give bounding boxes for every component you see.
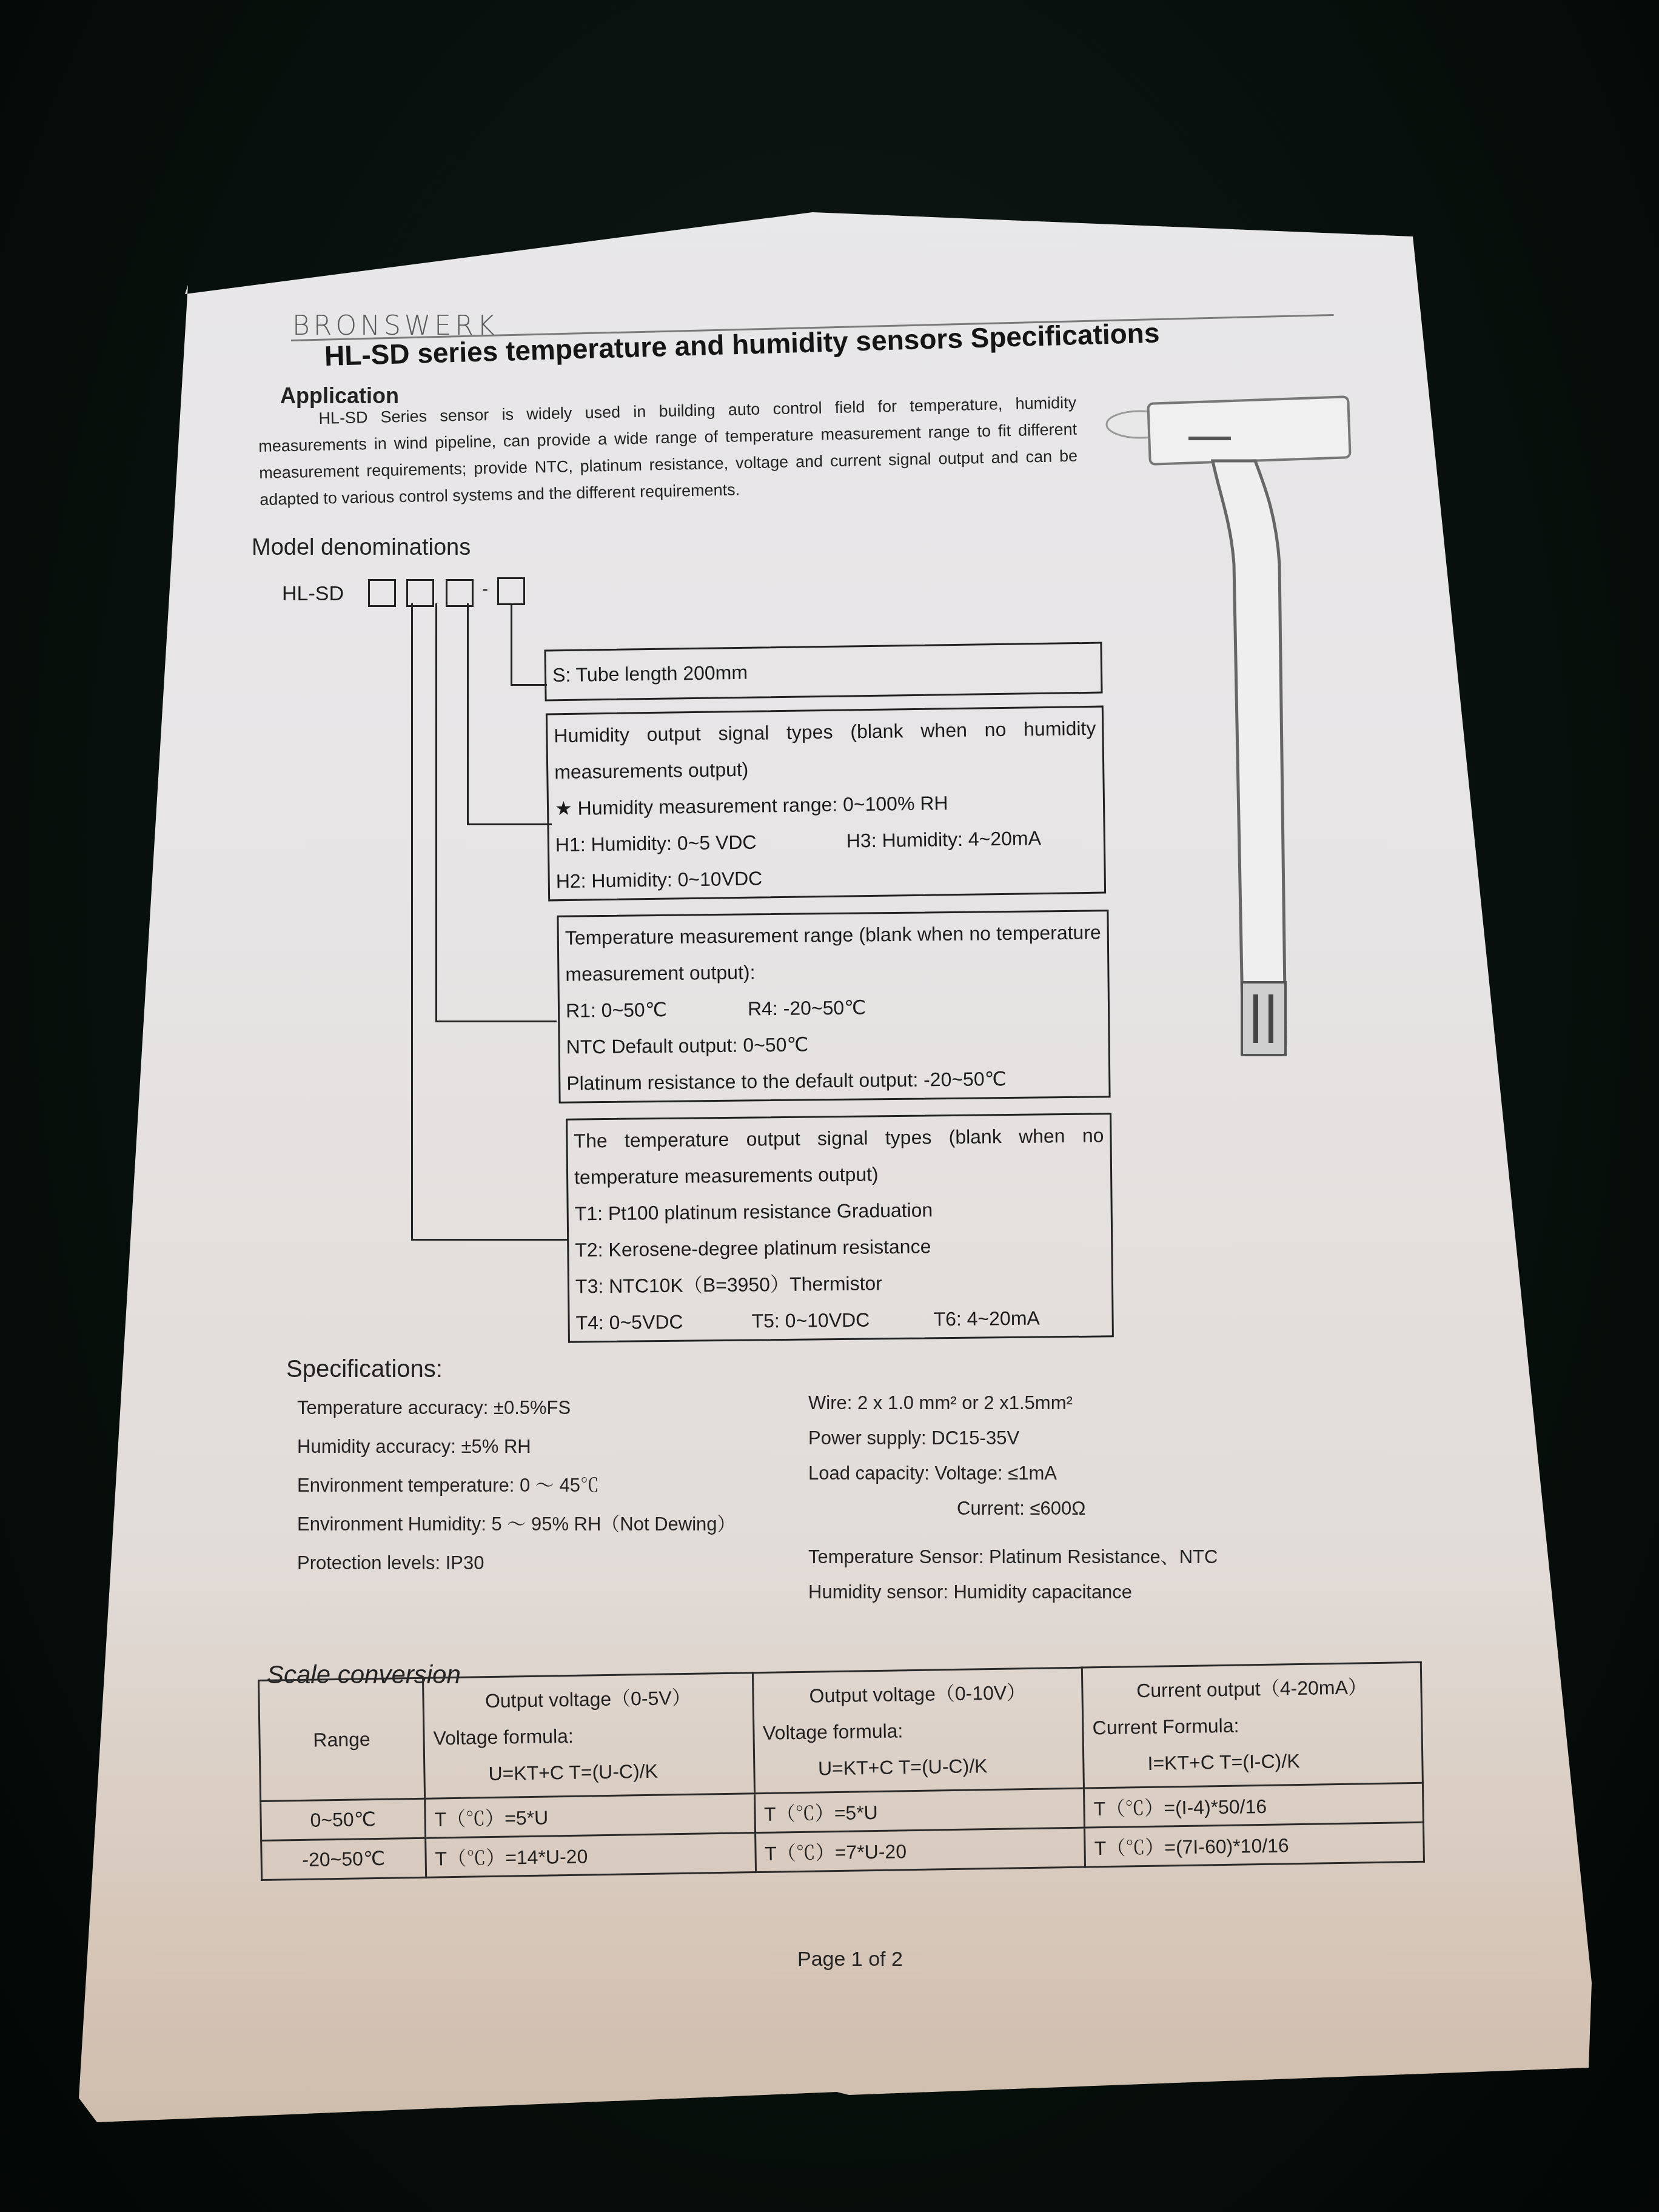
temp-range-ntc: NTC Default output: 0~50℃	[566, 1026, 808, 1065]
humidity-h3: H3: Humidity: 4~20mA	[846, 820, 1041, 859]
spec-wire: Wire: 2 x 1.0 mm² or 2 x1.5mm²	[808, 1386, 1218, 1421]
model-code-prefix: HL-SD	[282, 582, 344, 605]
temp-signal-t6: T6: 4~20mA	[933, 1300, 1040, 1338]
specifications-right: Wire: 2 x 1.0 mm² or 2 x1.5mm² Power sup…	[808, 1386, 1218, 1610]
humidity-output-box: Humidity output signal types (blank when…	[546, 706, 1106, 902]
header-current-4-20ma: Current output（4-20mA） Current Formula: …	[1082, 1662, 1423, 1788]
scale-conversion-table: Range Output voltage（0-5V） Voltage formu…	[258, 1661, 1425, 1881]
temperature-range-box: Temperature measurement range (blank whe…	[557, 910, 1110, 1104]
tube-length-text: S: Tube length 200mm	[552, 651, 748, 696]
table-header-row: Range Output voltage（0-5V） Voltage formu…	[259, 1662, 1423, 1801]
code-slot-tube	[497, 577, 525, 605]
humidity-h2: H2: Humidity: 0~10VDC	[555, 860, 762, 899]
header-formula: U=KT+C T=(U-C)/K	[763, 1746, 1074, 1788]
specifications-left: Temperature accuracy: ±0.5%FS Humidity a…	[297, 1389, 736, 1583]
temp-range-title: Temperature measurement range (blank whe…	[565, 914, 1101, 992]
header-label: Voltage formula:	[763, 1720, 903, 1744]
spec-load-voltage: Load capacity: Voltage: ≤1mA	[808, 1456, 1218, 1491]
sensor-illustration	[1104, 382, 1358, 1110]
cell-voltage-5v: T（℃）=14*U-20	[426, 1833, 756, 1878]
cell-current: T（℃）=(7I-60)*10/16	[1085, 1822, 1424, 1867]
temp-range-platinum: Platinum resistance to the default outpu…	[566, 1061, 1007, 1102]
header-formula: U=KT+C T=(U-C)/K	[434, 1751, 745, 1792]
cell-current: T（℃）=(I-4)*50/16	[1084, 1783, 1424, 1828]
connector-line	[467, 603, 469, 825]
tube-length-box: S: Tube length 200mm	[544, 642, 1102, 702]
connector-line	[411, 1239, 568, 1241]
temp-range-r1: R1: 0~50℃	[566, 990, 748, 1028]
spec-environment-humidity: Environment Humidity: 5 ～ 95% RH（Not Dew…	[297, 1505, 736, 1544]
application-text: HL-SD Series sensor is widely used in bu…	[258, 389, 1078, 513]
spec-temperature-sensor: Temperature Sensor: Platinum Resistance、…	[808, 1540, 1218, 1575]
humidity-range: ★ Humidity measurement range: 0~100% RH	[555, 785, 948, 826]
header-voltage-10v: Output voltage（0-10V） Voltage formula: U…	[752, 1667, 1084, 1794]
temp-signal-t2: T2: Kerosene-degree platinum resistance	[575, 1228, 931, 1268]
code-slot-humidity	[446, 579, 474, 607]
header-title: Output voltage（0-10V）	[762, 1674, 1073, 1715]
connector-line	[511, 684, 547, 686]
page-number: Page 1 of 2	[797, 1948, 903, 1971]
temp-signal-t3: T3: NTC10K（B=3950）Thermistor	[575, 1265, 883, 1304]
spec-temperature-accuracy: Temperature accuracy: ±0.5%FS	[297, 1389, 736, 1427]
spec-protection-level: Protection levels: IP30	[297, 1544, 736, 1583]
spec-humidity-sensor: Humidity sensor: Humidity capacitance	[808, 1575, 1218, 1610]
temp-signal-t4: T4: 0~5VDC	[575, 1303, 752, 1341]
header-range: Range	[259, 1678, 425, 1801]
code-slot-temp-signal	[368, 579, 396, 607]
header-label: Voltage formula:	[433, 1725, 574, 1749]
temperature-signal-box: The temperature output signal types (bla…	[566, 1113, 1114, 1342]
humidity-h1: H1: Humidity: 0~5 VDC	[555, 823, 846, 863]
temp-signal-t1: T1: Pt100 platinum resistance Graduation	[574, 1191, 933, 1232]
header-title: Current output（4-20mA）	[1091, 1668, 1412, 1709]
connector-line	[435, 1021, 557, 1022]
humidity-box-title: Humidity output signal types (blank when…	[554, 710, 1097, 790]
model-heading: Model denominations	[252, 535, 471, 561]
cell-range: 0~50℃	[261, 1798, 426, 1840]
spec-environment-temperature: Environment temperature: 0 ～ 45℃	[297, 1466, 736, 1505]
connector-line	[411, 603, 413, 1240]
cell-voltage-10v: T（℃）=5*U	[754, 1788, 1085, 1833]
temp-signal-title: The temperature output signal types (bla…	[574, 1117, 1104, 1195]
model-code: HL-SD	[282, 582, 344, 606]
connector-line	[467, 823, 552, 825]
code-separator: -	[482, 579, 488, 600]
connector-line	[511, 603, 512, 685]
cell-range: -20~50℃	[261, 1838, 426, 1880]
document-content: BRONSWERK HL-SD series temperature and h…	[0, 0, 1659, 2212]
temp-range-r4: R4: -20~50℃	[748, 989, 866, 1027]
code-slot-temp-range	[406, 579, 434, 607]
specifications-heading: Specifications:	[286, 1356, 443, 1383]
spec-power-supply: Power supply: DC15-35V	[808, 1421, 1218, 1456]
header-voltage-5v: Output voltage（0-5V） Voltage formula: U=…	[423, 1673, 754, 1799]
header-title: Output voltage（0-5V）	[432, 1678, 743, 1720]
spec-load-current: Current: ≤600Ω	[808, 1491, 1218, 1526]
header-formula: I=KT+C T=(I-C)/K	[1093, 1741, 1413, 1782]
cell-voltage-5v: T（℃）=5*U	[425, 1794, 756, 1838]
header-label: Current Formula:	[1092, 1715, 1239, 1739]
connector-line	[435, 603, 437, 1022]
temp-signal-t5: T5: 0~10VDC	[751, 1301, 934, 1339]
spec-humidity-accuracy: Humidity accuracy: ±5% RH	[297, 1427, 736, 1466]
cell-voltage-10v: T（℃）=7*U-20	[755, 1828, 1085, 1872]
